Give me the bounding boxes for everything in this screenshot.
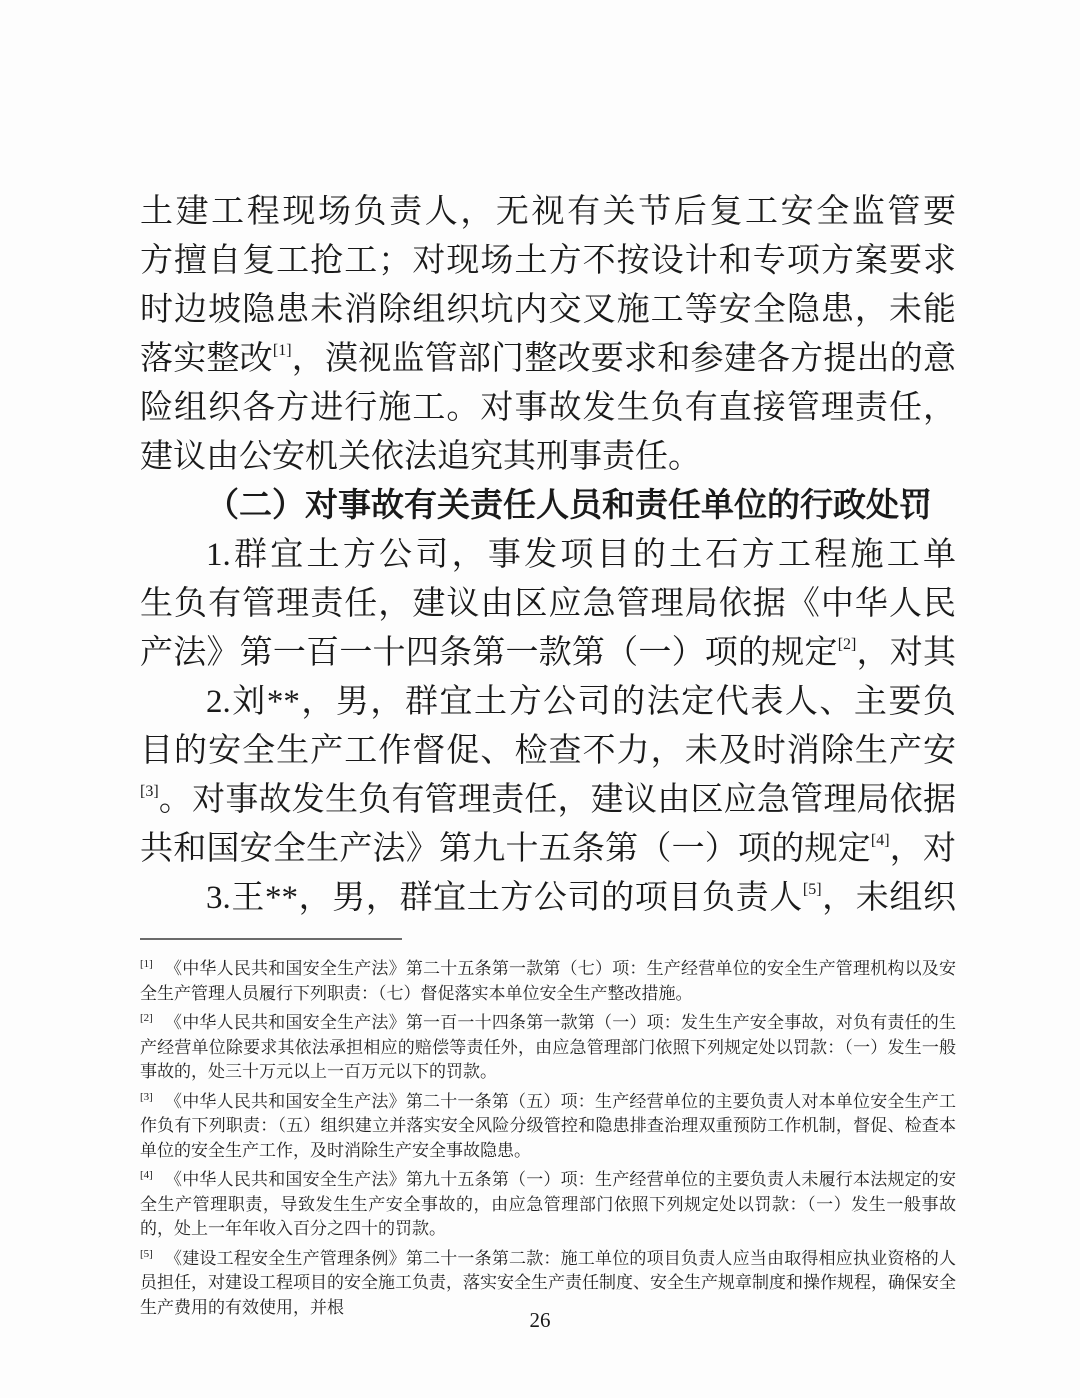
text-line: 共和国安全生产法》第九十五条第（一）项的规定[4]，对其进行处罚。 — [140, 825, 956, 874]
footnote-ref-5: [5] — [803, 881, 822, 898]
text-line: 落实整改[1]，漠视监管部门整改要求和参建各方提出的意见建议，冒 — [140, 335, 956, 384]
body-text: 土建工程现场负责人，无视有关节后复工安全监管要求，指挥参建各 方擅自复工抢工；对… — [140, 188, 956, 923]
section-heading: （二）对事故有关责任人员和责任单位的行政处罚建议 — [140, 482, 956, 531]
footnote-ref-3: [3] — [140, 783, 159, 800]
footnote: [1]《中华人民共和国安全生产法》第二十五条第一款第（七）项：生产经营单位的安全… — [140, 952, 956, 1006]
footnote-label-5: [5] — [140, 1248, 153, 1260]
text-line: 建议由公安机关依法追究其刑事责任。 — [140, 433, 956, 482]
footnote: [3]《中华人民共和国安全生产法》第二十一条第（五）项：生产经营单位的主要负责人… — [140, 1085, 956, 1164]
text-segment: 落实整改 — [140, 341, 273, 377]
footnote-ref-4: [4] — [871, 832, 890, 849]
document-page: 土建工程现场负责人，无视有关节后复工安全监管要求，指挥参建各 方擅自复工抢工；对… — [0, 0, 1080, 1398]
footnotes-section: [1]《中华人民共和国安全生产法》第二十五条第一款第（七）项：生产经营单位的安全… — [140, 938, 956, 1320]
text-line: 3.王**，男，群宜土方公司的项目负责人[5]，未组织对作业人员 — [140, 874, 956, 923]
footnote-text: 《建设工程安全生产管理条例》第二十一条第二款：施工单位的项目负责人应当由取得相应… — [140, 1249, 956, 1317]
footnote-text: 《中华人民共和国安全生产法》第九十五条第（一）项：生产经营单位的主要负责人未履行… — [140, 1170, 956, 1238]
footnote-label-1: [1] — [140, 958, 153, 970]
text-line: 土建工程现场负责人，无视有关节后复工安全监管要求，指挥参建各 — [140, 188, 956, 237]
footnote-ref-1: [1] — [273, 342, 292, 359]
text-line: 方擅自复工抢工；对现场土方不按设计和专项方案要求开挖、基坑临 — [140, 237, 956, 286]
text-segment: 产法》第一百一十四条第一款第（一）项的规定 — [140, 635, 838, 671]
text-segment: 3.王**，男，群宜土方公司的项目负责人 — [206, 880, 803, 916]
text-line: [3]。对事故发生负有管理责任，建议由区应急管理局依据《中华人民 — [140, 776, 956, 825]
footnotes-separator — [140, 938, 402, 940]
text-line: 2.刘**，男，群宜土方公司的法定代表人、主要负责人，对项 — [140, 678, 956, 727]
text-line: 险组织各方进行施工。对事故发生负有直接管理责任，涉嫌刑事犯罪， — [140, 384, 956, 433]
page-number: 26 — [0, 1308, 1080, 1333]
footnote-label-2: [2] — [140, 1012, 153, 1024]
text-line: 目的安全生产工作督促、检查不力，未及时消除生产安全事故隐患 — [140, 727, 956, 776]
footnote-ref-2: [2] — [838, 636, 857, 653]
text-line: 生负有管理责任，建议由区应急管理局依据《中华人民共和国安全生 — [140, 580, 956, 629]
text-segment: 共和国安全生产法》第九十五条第（一）项的规定 — [140, 831, 871, 867]
footnote-text: 《中华人民共和国安全生产法》第二十五条第一款第（七）项：生产经营单位的安全生产管… — [140, 959, 956, 1003]
footnote-label-4: [4] — [140, 1169, 153, 1181]
footnote-label-3: [3] — [140, 1091, 153, 1103]
text-line: 时边坡隐患未消除组织坑内交叉施工等安全隐患，未能督促参建各方 — [140, 286, 956, 335]
footnote-text: 《中华人民共和国安全生产法》第二十一条第（五）项：生产经营单位的主要负责人对本单… — [140, 1092, 956, 1160]
text-line: 1.群宜土方公司，事发项目的土石方工程施工单位，对事故发 — [140, 531, 956, 580]
footnote-text: 《中华人民共和国安全生产法》第一百一十四条第一款第（一）项：发生生产安全事故，对… — [140, 1013, 956, 1081]
text-line: 产法》第一百一十四条第一款第（一）项的规定[2]，对其进行处罚。 — [140, 629, 956, 678]
footnote: [4]《中华人民共和国安全生产法》第九十五条第（一）项：生产经营单位的主要负责人… — [140, 1163, 956, 1242]
footnote: [2]《中华人民共和国安全生产法》第一百一十四条第一款第（一）项：发生生产安全事… — [140, 1006, 956, 1085]
text-segment: 。对事故发生负有管理责任，建议由区应急管理局依据《中华人民 — [140, 782, 956, 825]
